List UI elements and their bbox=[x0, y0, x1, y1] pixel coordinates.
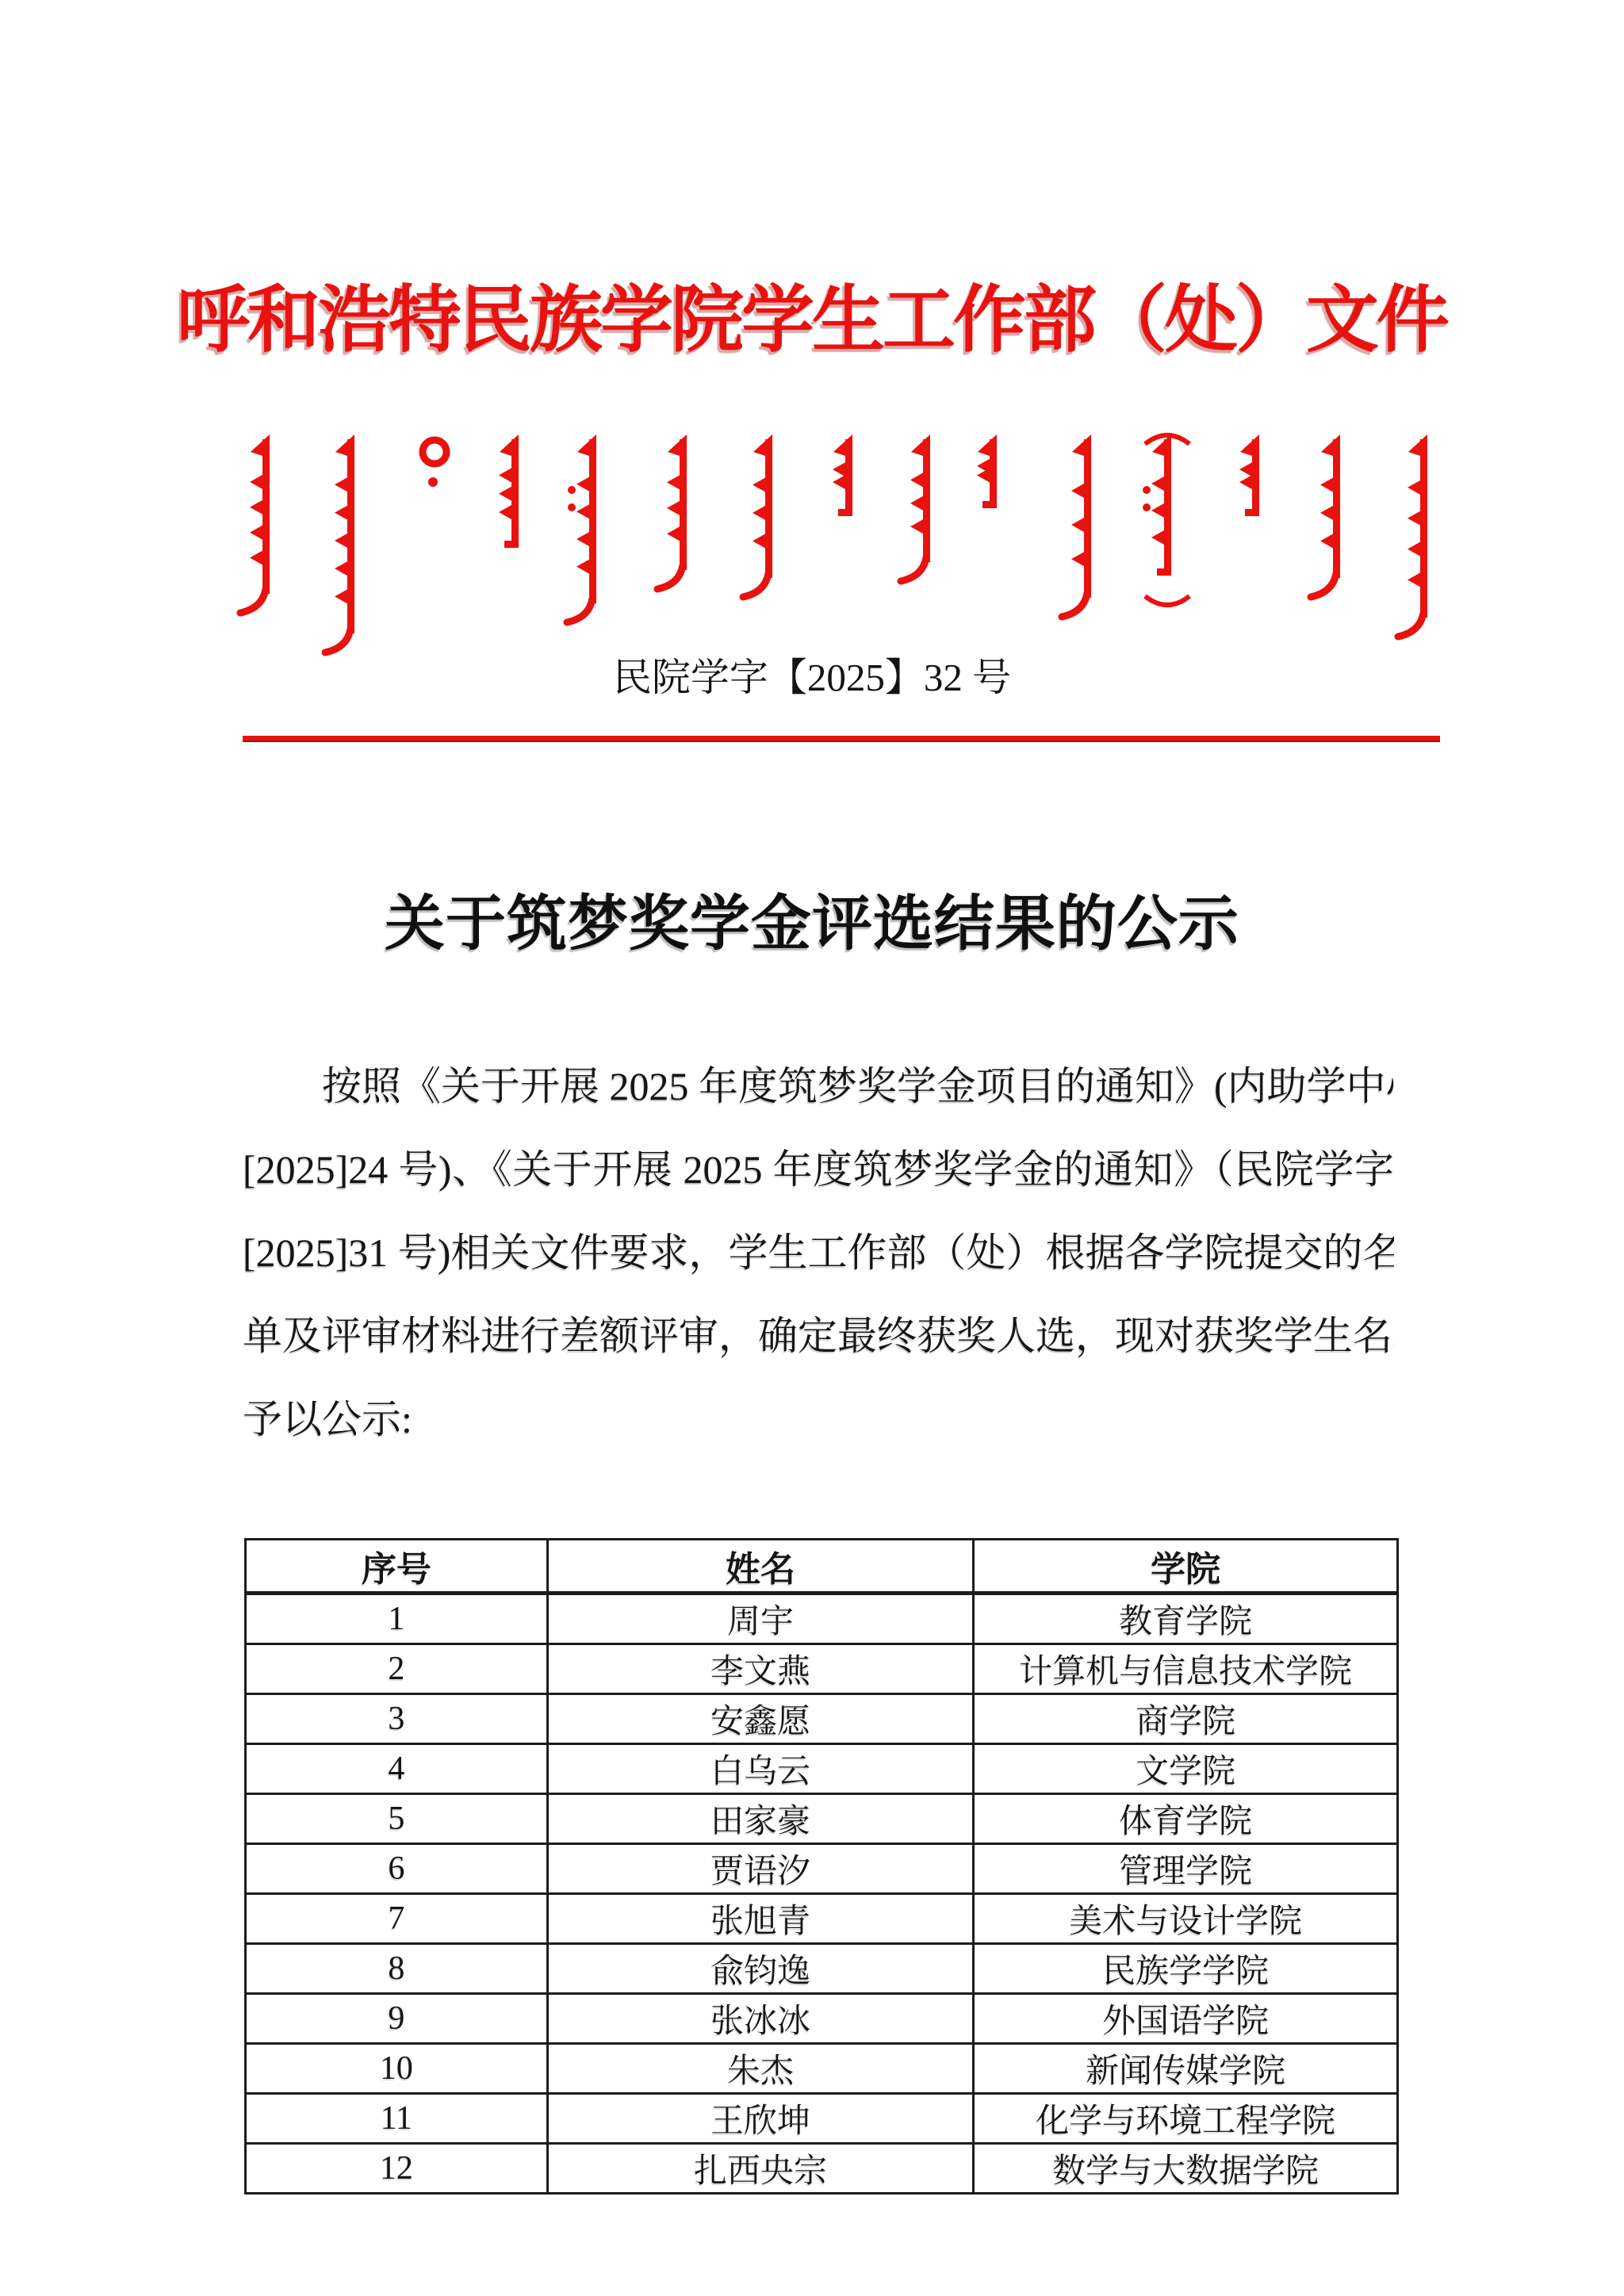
table-row: 12扎西央宗数学与大数据学院 bbox=[246, 2144, 1398, 2194]
cell-index: 12 bbox=[246, 2144, 548, 2194]
paragraph-line: 按照《关于开展 2025 年度筑梦奖学金项目的通知》(内助学中心 bbox=[243, 1045, 1394, 1128]
cell-college: 管理学院 bbox=[974, 1844, 1398, 1894]
cell-college: 数学与大数据学院 bbox=[974, 2144, 1398, 2194]
red-divider-line bbox=[243, 736, 1440, 742]
doc-title: 关于筑梦奖学金评选结果的公示 bbox=[0, 875, 1624, 962]
table-row: 7张旭青美术与设计学院 bbox=[246, 1894, 1398, 1944]
cell-name: 周宇 bbox=[547, 1594, 974, 1644]
doc-number: 民院学字【2025】32 号 bbox=[0, 647, 1624, 702]
cell-index: 4 bbox=[246, 1744, 548, 1794]
cell-index: 11 bbox=[246, 2094, 548, 2144]
cell-name: 张冰冰 bbox=[547, 1994, 974, 2044]
table-header-cell: 姓名 bbox=[547, 1540, 974, 1594]
table-row: 3安鑫愿商学院 bbox=[246, 1694, 1398, 1744]
cell-college: 计算机与信息技术学院 bbox=[974, 1644, 1398, 1694]
cell-name: 朱杰 bbox=[547, 2044, 974, 2094]
paragraph-line: [2025]31 号)相关文件要求，学生工作部（处）根据各学院提交的名 bbox=[243, 1211, 1394, 1295]
mongolian-script-icon bbox=[0, 428, 1624, 666]
results-table: 序号姓名学院 1周宇教育学院2李文燕计算机与信息技术学院3安鑫愿商学院4白乌云文… bbox=[244, 1538, 1399, 2195]
org-title: 呼和浩特民族学院学生工作部（处）文件 bbox=[0, 262, 1624, 366]
cell-name: 安鑫愿 bbox=[547, 1694, 974, 1744]
cell-index: 6 bbox=[246, 1844, 548, 1894]
table-row: 9张冰冰外国语学院 bbox=[246, 1994, 1398, 2044]
cell-college: 教育学院 bbox=[974, 1594, 1398, 1644]
table-header-cell: 序号 bbox=[246, 1540, 548, 1594]
cell-college: 外国语学院 bbox=[974, 1994, 1398, 2044]
paragraph-line: [2025]24 号)、《关于开展 2025 年度筑梦奖学金的通知》（民院学字 bbox=[243, 1128, 1394, 1211]
cell-college: 体育学院 bbox=[974, 1794, 1398, 1844]
table-row: 6贾语汐管理学院 bbox=[246, 1844, 1398, 1894]
cell-index: 7 bbox=[246, 1894, 548, 1944]
cell-name: 田家豪 bbox=[547, 1794, 974, 1844]
cell-index: 5 bbox=[246, 1794, 548, 1844]
cell-index: 8 bbox=[246, 1944, 548, 1994]
table-row: 1周宇教育学院 bbox=[246, 1594, 1398, 1644]
table-header-row: 序号姓名学院 bbox=[246, 1540, 1398, 1594]
cell-index: 9 bbox=[246, 1994, 548, 2044]
cell-index: 1 bbox=[246, 1594, 548, 1644]
cell-name: 李文燕 bbox=[547, 1644, 974, 1694]
paragraph-line: 单及评审材料进行差额评审，确定最终获奖人选，现对获奖学生名单 bbox=[243, 1295, 1394, 1378]
cell-name: 王欣坤 bbox=[547, 2094, 974, 2144]
cell-college: 民族学学院 bbox=[974, 1944, 1398, 1994]
table-row: 8兪钧逸民族学学院 bbox=[246, 1944, 1398, 1994]
cell-college: 美术与设计学院 bbox=[974, 1894, 1398, 1944]
table-header-cell: 学院 bbox=[974, 1540, 1398, 1594]
cell-index: 2 bbox=[246, 1644, 548, 1694]
table-row: 2李文燕计算机与信息技术学院 bbox=[246, 1644, 1398, 1694]
cell-college: 文学院 bbox=[974, 1744, 1398, 1794]
paragraph-line: 予以公示: bbox=[243, 1378, 1394, 1461]
cell-name: 扎西央宗 bbox=[547, 2144, 974, 2194]
cell-name: 白乌云 bbox=[547, 1744, 974, 1794]
table-row: 4白乌云文学院 bbox=[246, 1744, 1398, 1794]
cell-name: 贾语汐 bbox=[547, 1844, 974, 1894]
cell-college: 商学院 bbox=[974, 1694, 1398, 1744]
table-row: 10朱杰新闻传媒学院 bbox=[246, 2044, 1398, 2094]
cell-college: 新闻传媒学院 bbox=[974, 2044, 1398, 2094]
table-row: 11王欣坤化学与环境工程学院 bbox=[246, 2094, 1398, 2144]
cell-index: 10 bbox=[246, 2044, 548, 2094]
table-row: 5田家豪体育学院 bbox=[246, 1794, 1398, 1844]
body-paragraph: 按照《关于开展 2025 年度筑梦奖学金项目的通知》(内助学中心[2025]24… bbox=[243, 1045, 1394, 1461]
cell-name: 张旭青 bbox=[547, 1894, 974, 1944]
table-body: 1周宇教育学院2李文燕计算机与信息技术学院3安鑫愿商学院4白乌云文学院5田家豪体… bbox=[246, 1594, 1398, 2194]
document-page: 呼和浩特民族学院学生工作部（处）文件 民院学字【2025】32 号 关于筑梦奖学… bbox=[0, 0, 1624, 2296]
cell-index: 3 bbox=[246, 1694, 548, 1744]
cell-name: 兪钧逸 bbox=[547, 1944, 974, 1994]
cell-college: 化学与环境工程学院 bbox=[974, 2094, 1398, 2144]
